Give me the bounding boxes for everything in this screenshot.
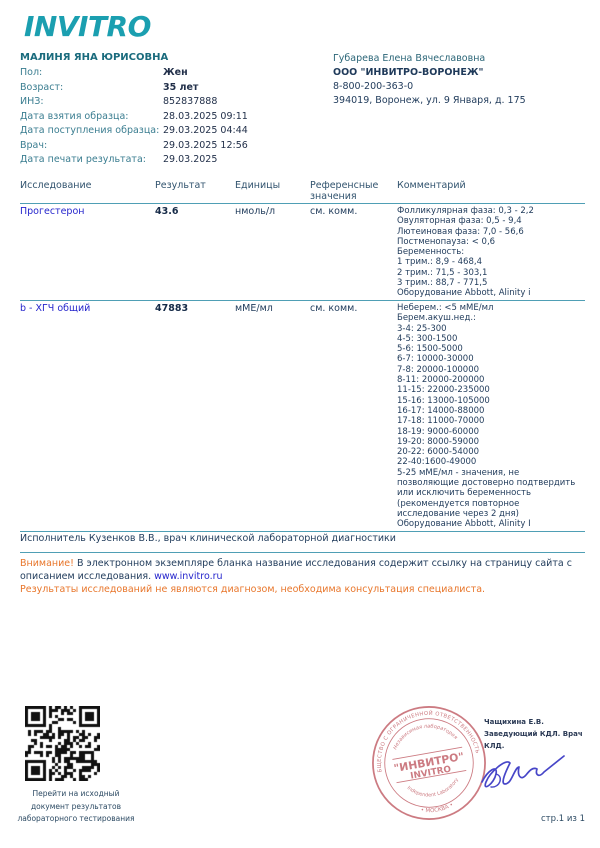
clinic-info: Губарева Елена Вячеславовна ООО "ИНВИТРО… [333,52,583,108]
patient-row-doctor: Врач: 29.03.2025 12:56 [20,139,330,154]
field-value: 35 лет [163,81,198,96]
table-row-hcg: b - ХГЧ общий 47883 мМЕ/мл см. комм. Неб… [20,301,585,532]
patient-row-age: Возраст: 35 лет [20,81,330,96]
lab-report-page: INVITRO МАЛИНЯ ЯНА ЮРИСОВНА Пол: Жен Воз… [0,0,600,848]
warning-body: В электронном экземпляре бланка название… [20,558,572,582]
field-label: Врач: [20,139,163,154]
field-label: Дата поступления образца: [20,124,163,139]
clinic-address: 394019, Воронеж, ул. 9 Января, д. 175 [333,94,583,108]
header-comment: Комментарий [397,180,585,203]
patient-row-sample-received: Дата поступления образца: 29.03.2025 04:… [20,124,330,139]
field-value: 29.03.2025 [163,153,217,168]
signer-name: Чащихина Е.В. [484,716,594,728]
qr-code [25,706,100,781]
header-reference: Референсные значения [310,180,397,203]
field-label: Дата печати результата: [20,153,163,168]
header-test: Исследование [20,180,155,203]
field-value: 29.03.2025 04:44 [163,124,248,139]
patient-info: МАЛИНЯ ЯНА ЮРИСОВНА Пол: Жен Возраст: 35… [20,52,330,168]
header-units: Единицы [235,180,310,203]
executor-line: Исполнитель Кузенков В.В., врач клиничес… [20,533,585,544]
table-row-progesterone: Прогестерон 43.6 нмоль/л см. комм. Фолли… [20,204,585,301]
field-label: ИНЗ: [20,95,163,110]
clinic-phone: 8-800-200-363-0 [333,80,583,94]
patient-row-sample-taken: Дата взятия образца: 28.03.2025 09:11 [20,110,330,125]
test-name-link[interactable]: Прогестерон [20,206,84,217]
invitro-logo: INVITRO [24,10,151,43]
patient-row-print-date: Дата печати результата: 29.03.2025 [20,153,330,168]
field-label: Возраст: [20,81,163,96]
page-number: стр.1 из 1 [500,814,585,824]
test-comment: Неберем.: <5 мМЕ/мл Берем.акуш.нед.: 3-4… [397,303,585,531]
patient-row-sex: Пол: Жен [20,66,330,81]
patient-name: МАЛИНЯ ЯНА ЮРИСОВНА [20,52,330,63]
disclaimer-text: Результаты исследований не являются диаг… [20,583,592,596]
signature-scribble [476,738,576,796]
field-label: Дата взятия образца: [20,110,163,125]
field-value: 29.03.2025 12:56 [163,139,248,154]
field-value: 28.03.2025 09:11 [163,110,248,125]
field-value: 852837888 [163,95,217,110]
test-reference: см. комм. [310,206,397,300]
warning-label: Внимание! [20,558,74,569]
qr-caption: Перейти на исходный документ результатов… [6,788,146,826]
test-result: 43.6 [155,206,235,300]
clinic-manager: Губарева Елена Вячеславовна [333,52,583,66]
test-comment: Фолликулярная фаза: 0,3 - 2,2 Овуляторна… [397,206,585,300]
test-result: 47883 [155,303,235,531]
header-result: Результат [155,180,235,203]
clinic-org-name: ООО "ИНВИТРО-ВОРОНЕЖ" [333,66,583,80]
test-reference: см. комм. [310,303,397,531]
test-units: мМЕ/мл [235,303,310,531]
test-name-link[interactable]: b - ХГЧ общий [20,303,90,314]
results-table-header: Исследование Результат Единицы Референсн… [20,180,585,204]
notice-text: Внимание! В электронном экземпляре бланк… [20,557,592,583]
invitro-site-link[interactable]: www.invitro.ru [154,571,222,582]
field-label: Пол: [20,66,163,81]
divider-line [20,552,585,553]
notice-block: Внимание! В электронном экземпляре бланк… [20,557,592,597]
test-units: нмоль/л [235,206,310,300]
patient-row-inz: ИНЗ: 852837888 [20,95,330,110]
field-value: Жен [163,66,188,81]
